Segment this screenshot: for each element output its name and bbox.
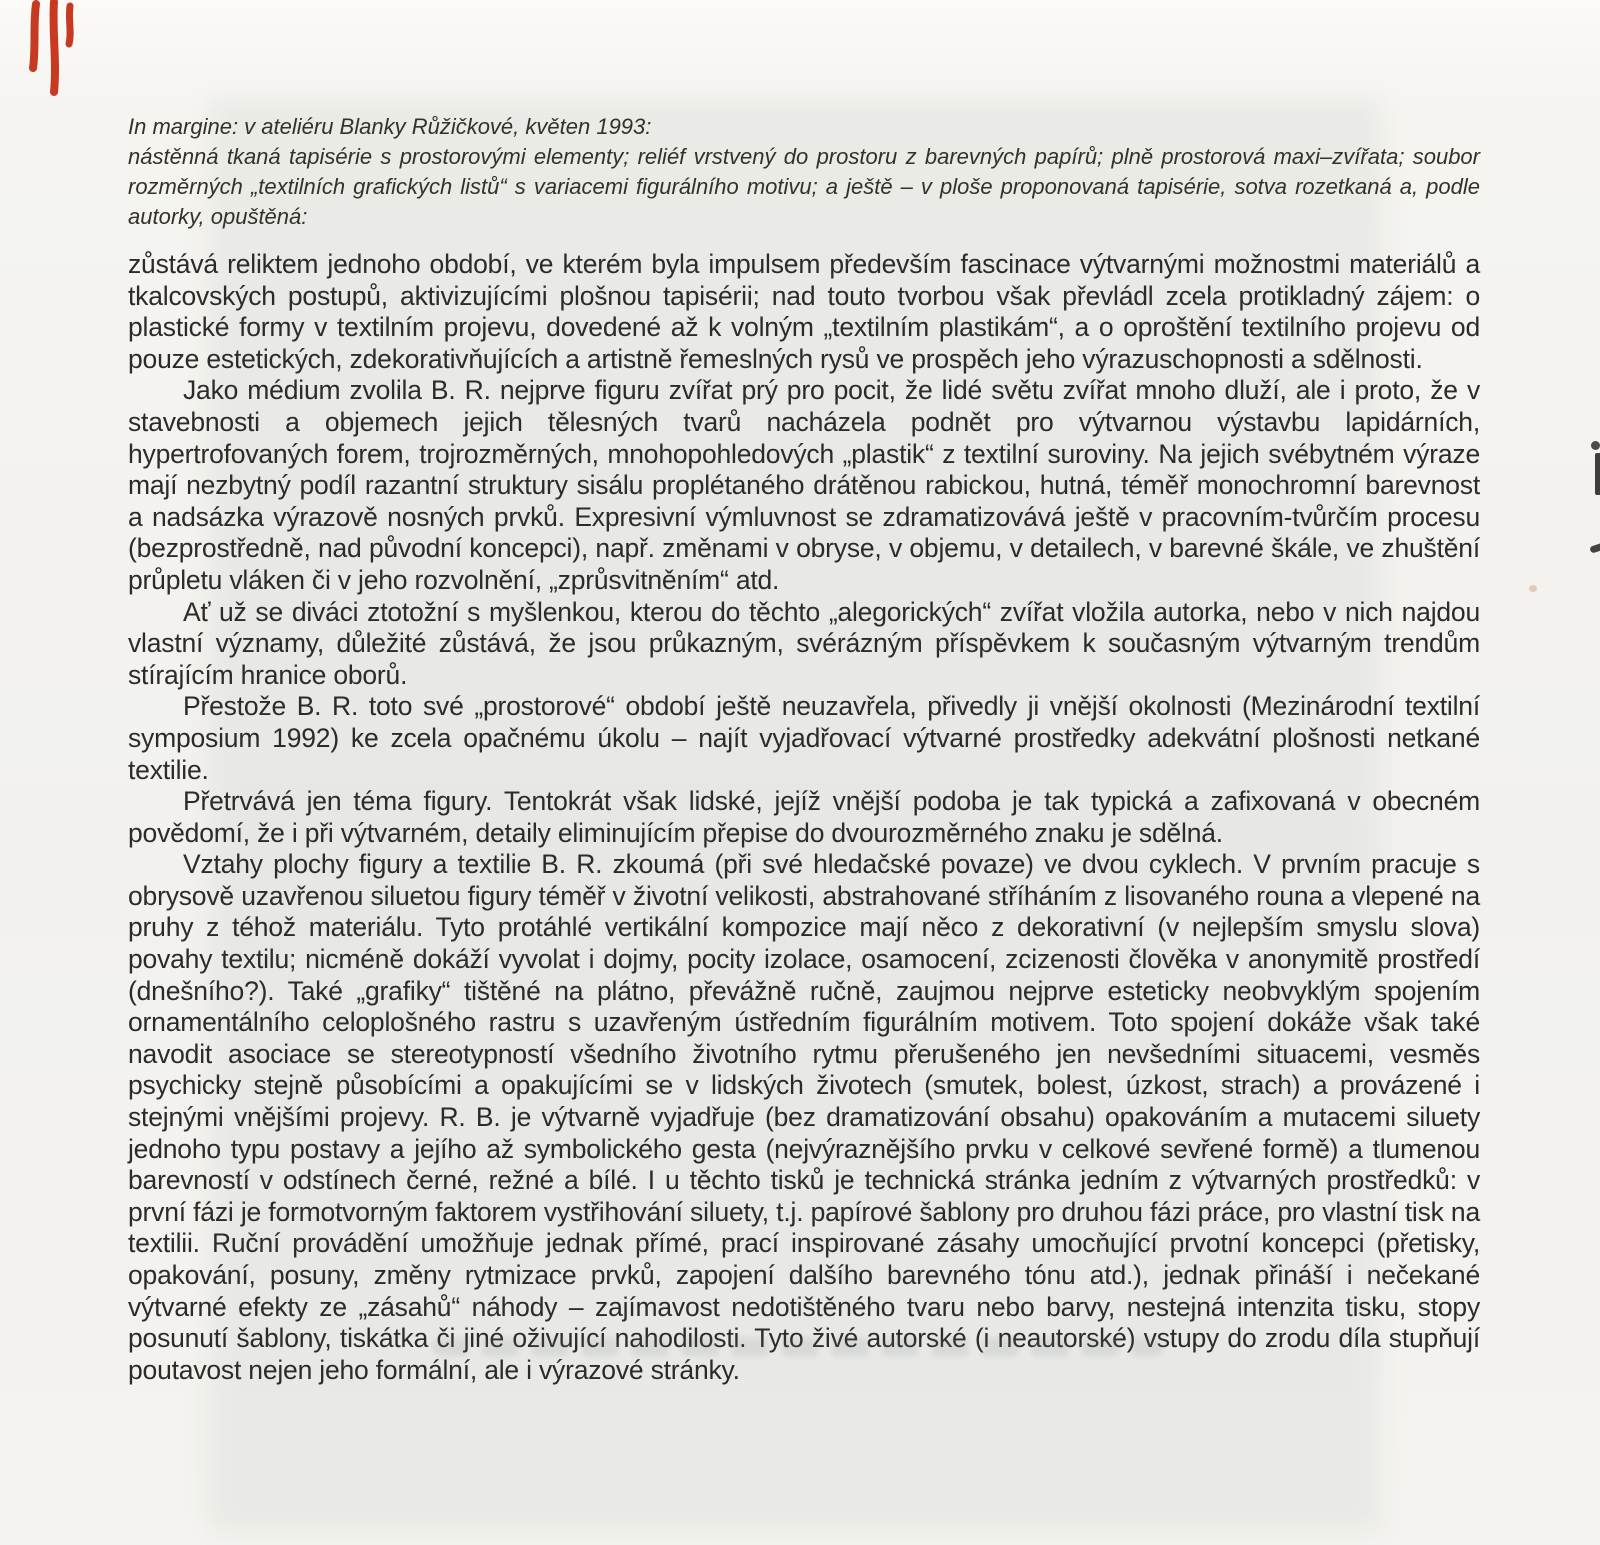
red-pen-marks [24, 0, 78, 102]
paragraph: Přetrvává jen téma figury. Tentokrát vša… [128, 786, 1480, 849]
paragraph: Jako médium zvolila B. R. nejprve figuru… [128, 375, 1480, 596]
paragraph: zůstává reliktem jednoho období, ve kter… [128, 249, 1480, 375]
page-edge-mark [1591, 441, 1600, 450]
article-body: zůstává reliktem jednoho období, ve kter… [128, 249, 1480, 1386]
paper-speck [1529, 585, 1537, 592]
page-edge-mark [1589, 543, 1600, 553]
page-edge-mark [1595, 453, 1600, 495]
paragraph: Vztahy plochy figury a textilie B. R. zk… [128, 849, 1480, 1386]
text-column: In margine: v ateliéru Blanky Růžičkové,… [128, 112, 1480, 1386]
margin-note-body: nástěnná tkaná tapisérie s prostorovými … [128, 142, 1480, 232]
paragraph: Přestože B. R. toto své „prostorové“ obd… [128, 691, 1480, 786]
paragraph: Ať už se diváci ztotožní s myšlenkou, kt… [128, 597, 1480, 692]
scanned-page: In margine: v ateliéru Blanky Růžičkové,… [0, 0, 1600, 1545]
margin-note-heading: In margine: v ateliéru Blanky Růžičkové,… [128, 112, 1480, 142]
